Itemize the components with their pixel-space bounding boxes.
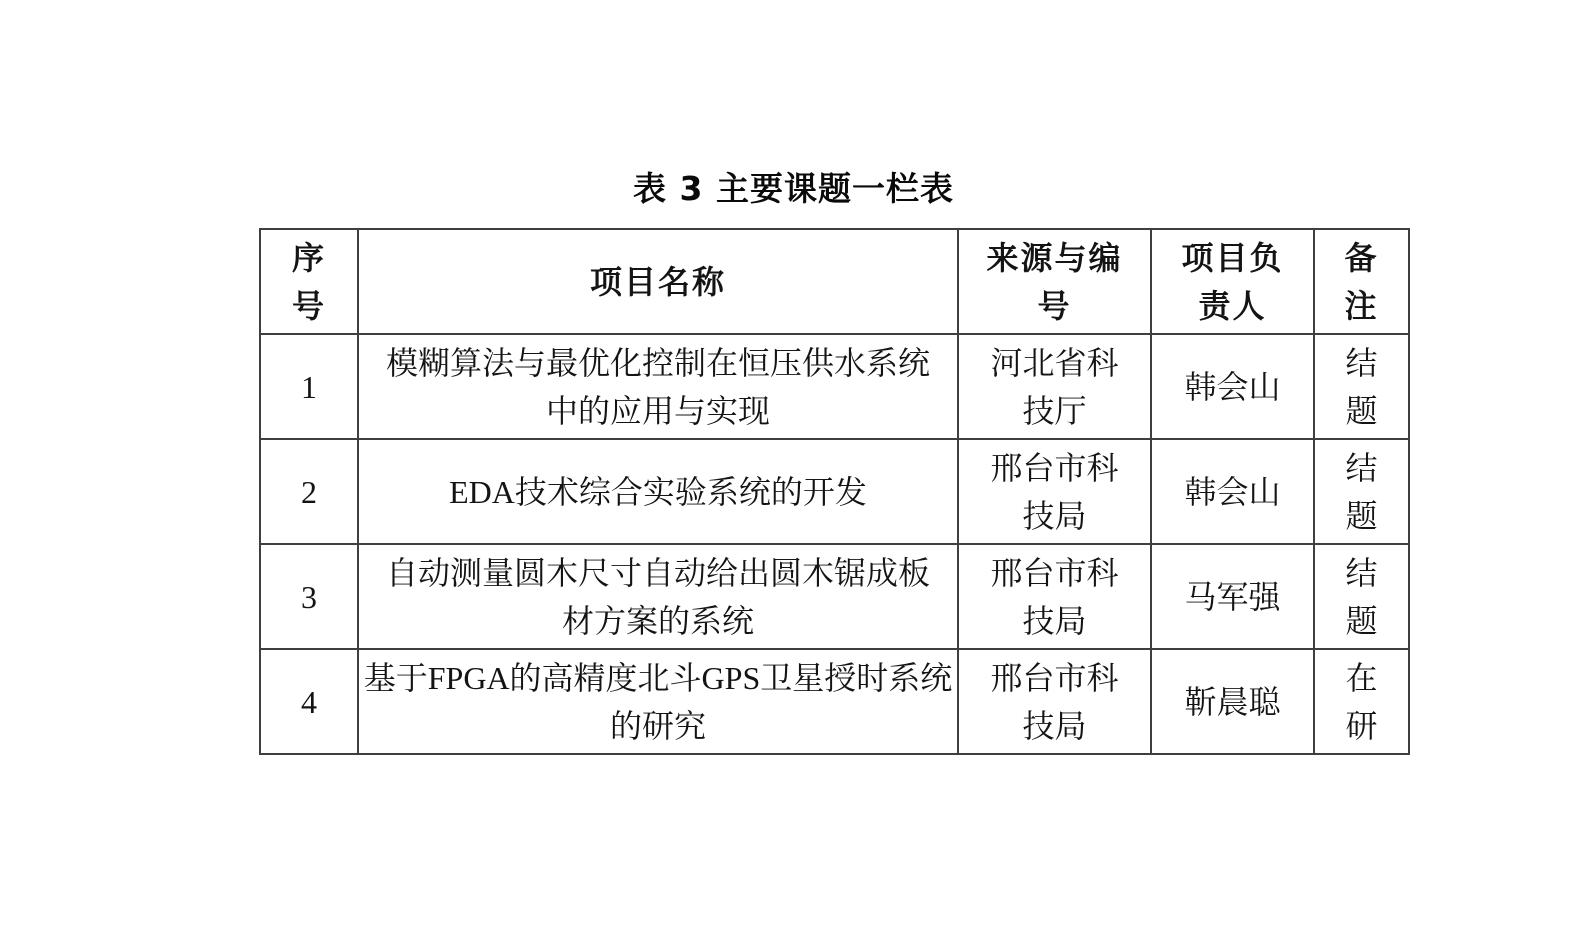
- header-cell-leader: 项目负 责人: [1151, 229, 1314, 334]
- remark-cell: 结 题: [1314, 334, 1409, 439]
- row-number-cell: 4: [260, 649, 358, 754]
- source-cell: 邢台市科 技局: [958, 649, 1151, 754]
- source-cell: 邢台市科 技局: [958, 544, 1151, 649]
- leader-cell: 靳晨聪: [1151, 649, 1314, 754]
- leader-cell: 韩会山: [1151, 334, 1314, 439]
- table-row: 1 模糊算法与最优化控制在恒压供水系统 中的应用与实现 河北省科 技厅 韩会山 …: [260, 334, 1409, 439]
- row-number-cell: 3: [260, 544, 358, 649]
- table-caption: 表 3 主要课题一栏表: [0, 163, 1587, 210]
- header-cell-remark: 备 注: [1314, 229, 1409, 334]
- remark-cell: 结 题: [1314, 439, 1409, 544]
- table-row: 2 EDA技术综合实验系统的开发 邢台市科 技局 韩会山 结 题: [260, 439, 1409, 544]
- table-row: 3 自动测量圆木尺寸自动给出圆木锯成板 材方案的系统 邢台市科 技局 马军强 结…: [260, 544, 1409, 649]
- row-number-cell: 1: [260, 334, 358, 439]
- project-name-cell: 模糊算法与最优化控制在恒压供水系统 中的应用与实现: [358, 334, 958, 439]
- remark-cell: 在 研: [1314, 649, 1409, 754]
- header-cell-project-name: 项目名称: [358, 229, 958, 334]
- project-name-cell: EDA技术综合实验系统的开发: [358, 439, 958, 544]
- header-cell-number: 序 号: [260, 229, 358, 334]
- projects-table: 序 号 项目名称 来源与编 号 项目负 责人 备 注 1 模糊算法与最优化控制在…: [259, 228, 1410, 755]
- table-row: 4 基于FPGA的高精度北斗GPS卫星授时系统 的研究 邢台市科 技局 靳晨聪 …: [260, 649, 1409, 754]
- source-cell: 邢台市科 技局: [958, 439, 1151, 544]
- leader-cell: 韩会山: [1151, 439, 1314, 544]
- source-cell: 河北省科 技厅: [958, 334, 1151, 439]
- remark-cell: 结 题: [1314, 544, 1409, 649]
- header-cell-source: 来源与编 号: [958, 229, 1151, 334]
- document-page: { "page": { "title": "表 3 主要课题一栏表" }, "t…: [0, 0, 1587, 927]
- row-number-cell: 2: [260, 439, 358, 544]
- leader-cell: 马军强: [1151, 544, 1314, 649]
- project-name-cell: 基于FPGA的高精度北斗GPS卫星授时系统 的研究: [358, 649, 958, 754]
- project-name-cell: 自动测量圆木尺寸自动给出圆木锯成板 材方案的系统: [358, 544, 958, 649]
- header-row: 序 号 项目名称 来源与编 号 项目负 责人 备 注: [260, 229, 1409, 334]
